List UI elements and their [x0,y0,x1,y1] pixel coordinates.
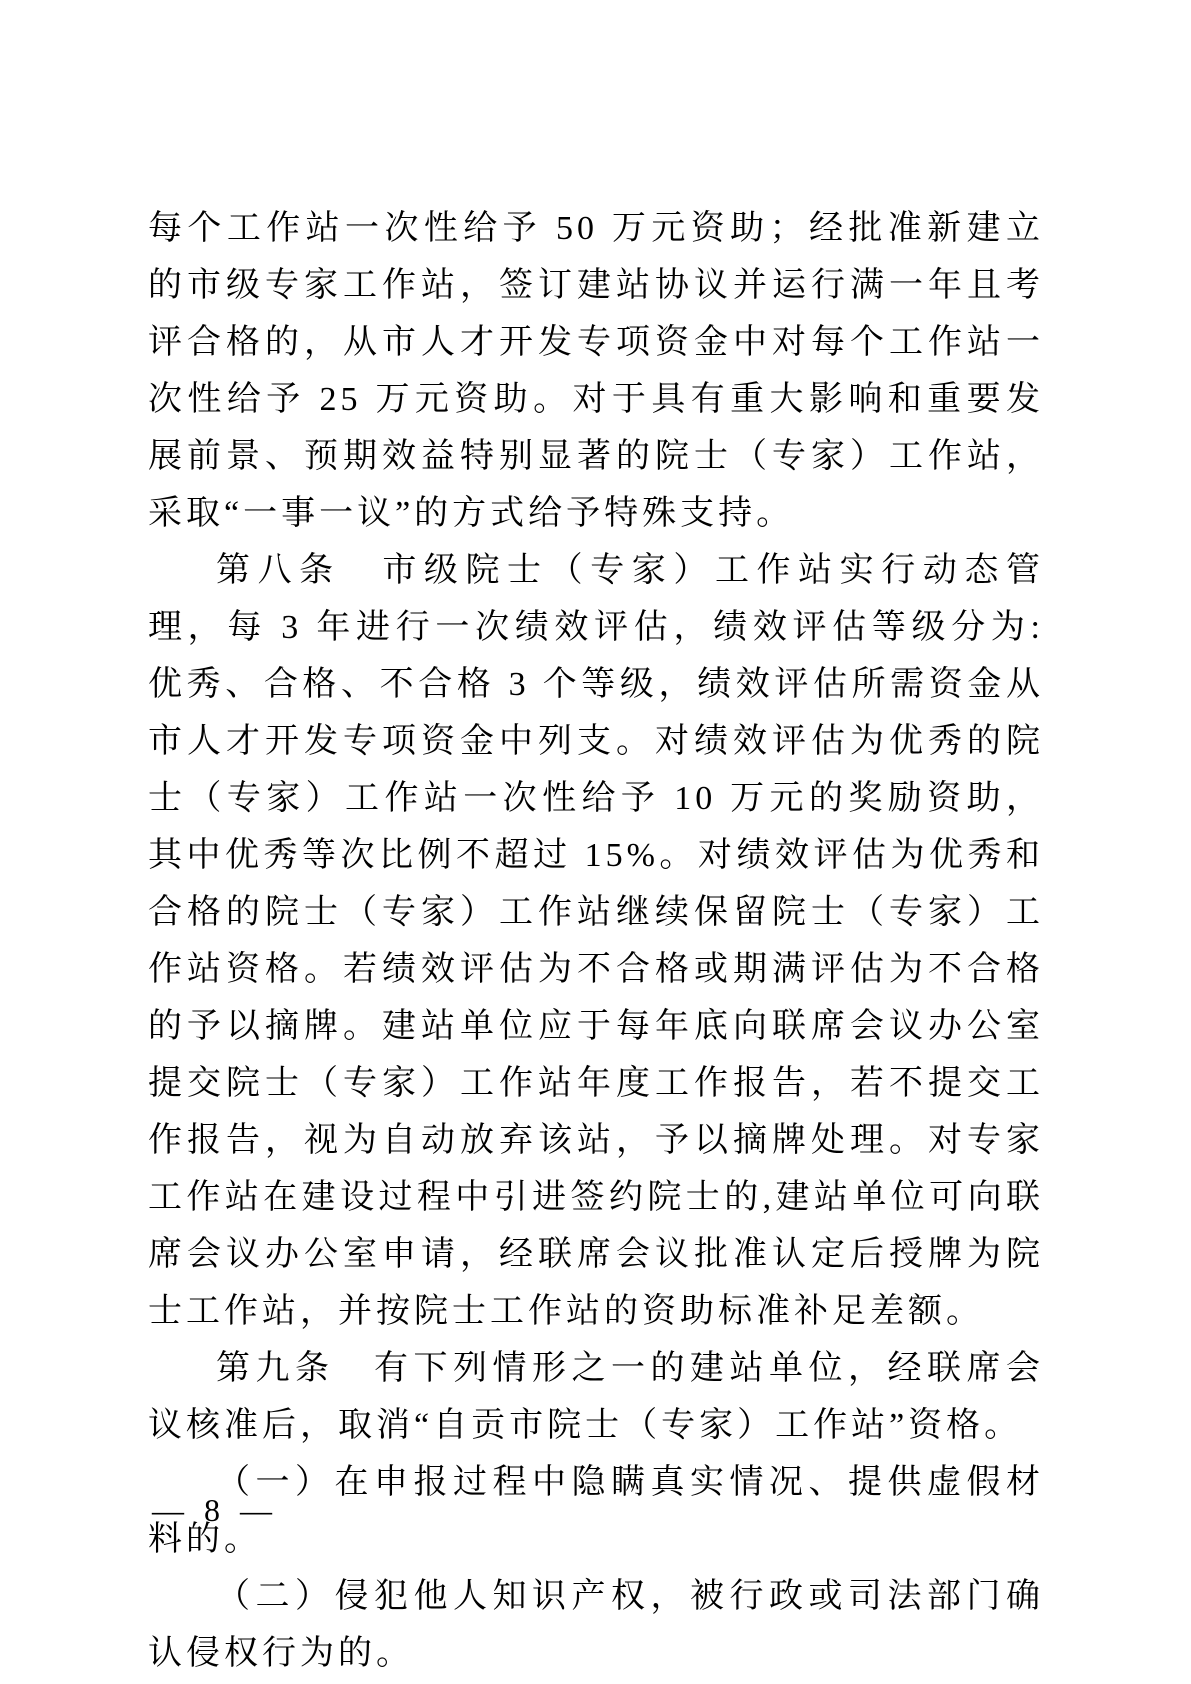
paragraph-article-8: 第八条 市级院士（专家）工作站实行动态管理，每 3 年进行一次绩效评估，绩效评估… [148,542,1044,1340]
paragraph-item-2: （二）侵犯他人知识产权，被行政或司法部门确认侵权行为的。 [148,1568,1044,1682]
paragraph-continuation-funding: 每个工作站一次性给予 50 万元资助；经批准新建立的市级专家工作站，签订建站协议… [148,200,1044,542]
page-number: — 8 — [152,1492,278,1529]
document-page: 每个工作站一次性给予 50 万元资助；经批准新建立的市级专家工作站，签订建站协议… [0,0,1191,1684]
paragraph-article-9: 第九条 有下列情形之一的建站单位，经联席会议核准后，取消“自贡市院士（专家）工作… [148,1340,1044,1454]
document-body: 每个工作站一次性给予 50 万元资助；经批准新建立的市级专家工作站，签订建站协议… [148,200,1044,1682]
paragraph-item-1: （一）在申报过程中隐瞒真实情况、提供虚假材料的。 [148,1454,1044,1568]
